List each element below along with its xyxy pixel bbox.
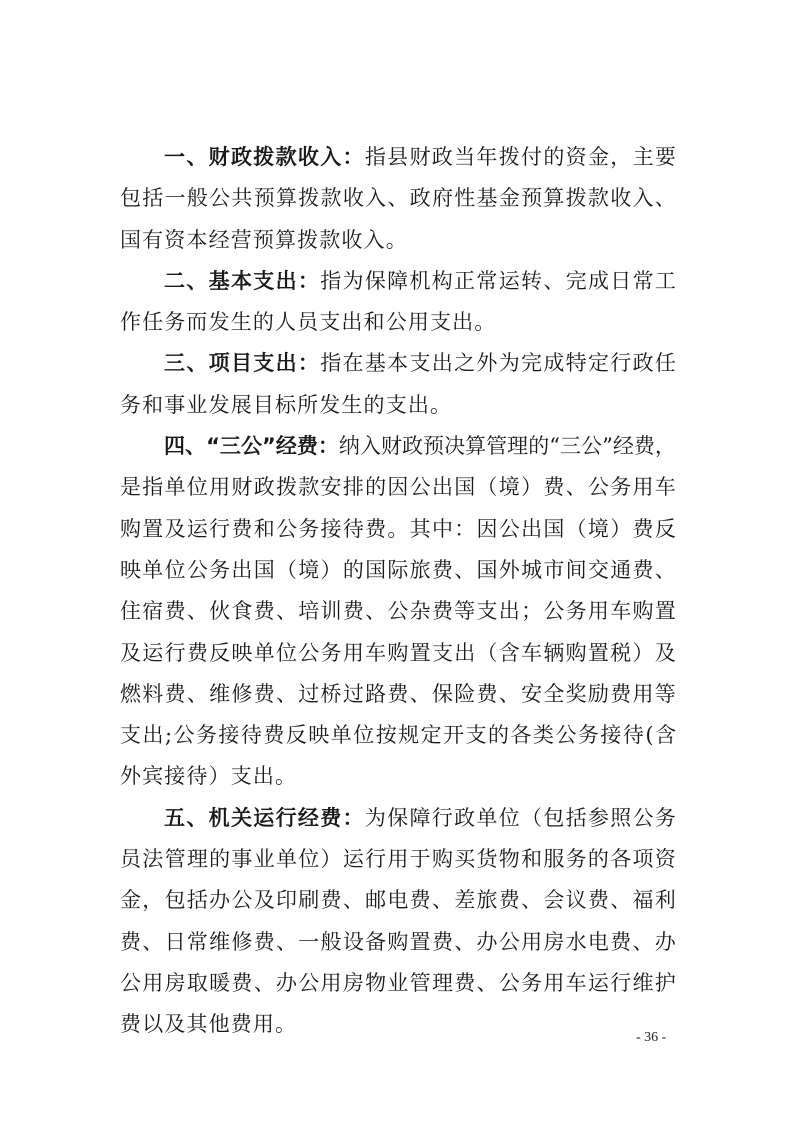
heading-char: 、 — [186, 143, 207, 184]
heading-char: 目 — [231, 349, 252, 390]
heading-char: 机 — [209, 804, 230, 845]
paragraph-line: 国有资本经营预算拨款收入。 — [120, 226, 676, 267]
paragraph-line: 作任务而发生的人员支出和公用支出。 — [120, 308, 676, 349]
paragraph-line: 外宾接待）支出。 — [120, 762, 676, 803]
paragraph-line: 务和事业发展目标所发生的支出。 — [120, 391, 676, 432]
heading-char: 出 — [276, 349, 297, 390]
paragraph-line: 及运行费反映单位公务用车购置支出（含车辆购置税）及 — [120, 639, 676, 680]
heading-char: 二 — [164, 267, 185, 308]
document-body: 一、财政拨款收入：指县财政当年拨付的资金，主要包括一般公共预算拨款收入、政府性基… — [120, 143, 676, 1052]
heading-char: 拨 — [253, 143, 274, 184]
heading-char: 、 — [185, 432, 206, 473]
heading-char: 经 — [276, 432, 297, 473]
paragraph-line: 公用房取暖费、办公用房物业管理费、公务用车运行维护 — [120, 969, 676, 1010]
heading-char: 费 — [320, 804, 341, 845]
paragraph: 五、机关运行经费：为保障行政单位（包括参照公务员法管理的事业单位）运行用于购买货… — [120, 804, 676, 1052]
page-number: - 36 - — [636, 1030, 666, 1046]
paragraph-line: 员法管理的事业单位）运行用于购买货物和服务的各项资 — [120, 845, 676, 886]
heading-char: 项 — [209, 349, 230, 390]
paragraph-line: 费、日常维修费、一般设备购置费、办公用房水电费、办 — [120, 928, 676, 969]
heading-char: 关 — [231, 804, 252, 845]
heading-char: 款 — [276, 143, 297, 184]
heading-char: 政 — [231, 143, 252, 184]
heading-char: 一 — [164, 143, 185, 184]
heading-char: ： — [343, 804, 364, 845]
heading-char: ” — [262, 432, 276, 473]
heading-char: 、 — [186, 349, 207, 390]
heading-char: 、 — [186, 804, 207, 845]
paragraph-line: 金，包括办公及印刷费、邮电费、差旅费、会议费、福利 — [120, 886, 676, 927]
paragraph-first-line: 五、机关运行经费：为保障行政单位（包括参照公务 — [120, 804, 676, 845]
heading-char: 经 — [298, 804, 319, 845]
heading-char: ： — [298, 349, 319, 390]
paragraph-line: 包括一般公共预算拨款收入、政府性基金预算拨款收入、 — [120, 184, 676, 225]
heading-char: 四 — [164, 432, 185, 473]
heading-char: 公 — [241, 432, 262, 473]
heading-char: 三 — [164, 349, 185, 390]
heading-char: 支 — [253, 267, 274, 308]
paragraph-line: 是指单位用财政拨款安排的因公出国（境）费、公务用车 — [120, 473, 676, 514]
heading-char: 基 — [209, 267, 230, 308]
heading-char: 五 — [164, 804, 185, 845]
heading-char: 支 — [253, 349, 274, 390]
heading-char: 本 — [231, 267, 252, 308]
paragraph-line: 住宿费、伙食费、培训费、公杂费等支出；公务用车购置 — [120, 597, 676, 638]
heading-char: 费 — [297, 432, 318, 473]
paragraph-line: 支出;公务接待费反映单位按规定开支的各类公务接待(含 — [120, 721, 676, 762]
paragraph: 一、财政拨款收入：指县财政当年拨付的资金，主要包括一般公共预算拨款收入、政府性基… — [120, 143, 676, 267]
heading-char: “ — [206, 432, 220, 473]
paragraph-first-line: 三、项目支出：指在基本支出之外为完成特定行政任 — [120, 349, 676, 390]
heading-char: ： — [298, 267, 319, 308]
heading-char: ： — [343, 143, 364, 184]
document-page: 一、财政拨款收入：指县财政当年拨付的资金，主要包括一般公共预算拨款收入、政府性基… — [0, 0, 793, 1122]
paragraph-first-line: 二、基本支出：指为保障机构正常运转、完成日常工 — [120, 267, 676, 308]
paragraph-first-line: 一、财政拨款收入：指县财政当年拨付的资金，主要 — [120, 143, 676, 184]
heading-char: 运 — [253, 804, 274, 845]
heading-char: 、 — [186, 267, 207, 308]
paragraph-first-line: 四、“三公”经费：纳入财政预决算管理的“三公”经费， — [120, 432, 676, 473]
paragraph: 三、项目支出：指在基本支出之外为完成特定行政任务和事业发展目标所发生的支出。 — [120, 349, 676, 432]
heading-char: 出 — [276, 267, 297, 308]
paragraph-line: 购置及运行费和公务接待费。其中：因公出国（境）费反 — [120, 515, 676, 556]
paragraph: 四、“三公”经费：纳入财政预决算管理的“三公”经费，是指单位用财政拨款安排的因公… — [120, 432, 676, 804]
paragraph-line: 费以及其他费用。 — [120, 1010, 676, 1051]
heading-char: 行 — [276, 804, 297, 845]
heading-char: 三 — [220, 432, 241, 473]
paragraph-line: 燃料费、维修费、过桥过路费、保险费、安全奖励费用等 — [120, 680, 676, 721]
heading-char: 财 — [209, 143, 230, 184]
paragraph: 二、基本支出：指为保障机构正常运转、完成日常工作任务而发生的人员支出和公用支出。 — [120, 267, 676, 350]
paragraph-line: 映单位公务出国（境）的国际旅费、国外城市间交通费、 — [120, 556, 676, 597]
heading-char: 收 — [298, 143, 319, 184]
heading-char: ： — [318, 432, 339, 473]
heading-char: 入 — [320, 143, 341, 184]
